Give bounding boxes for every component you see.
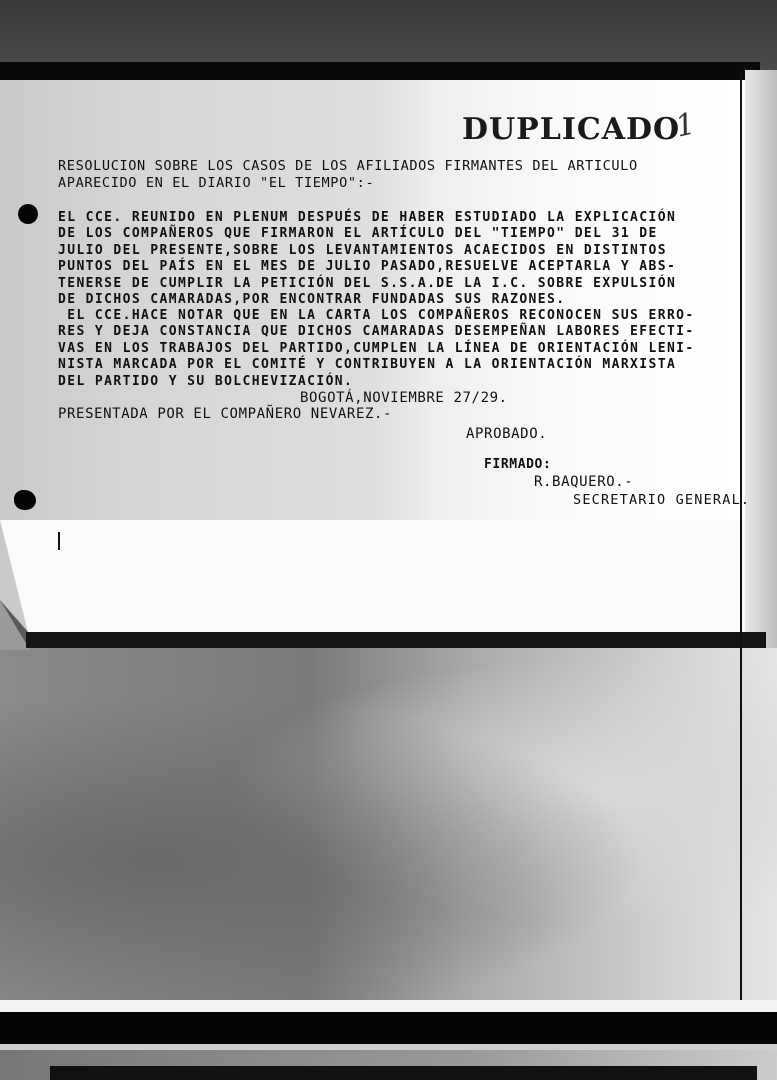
paragraph-1: EL CCE. REUNIDO EN PLENUM DESPUÉS DE HAB… [58, 210, 676, 308]
signed-label: FIRMADO: [484, 457, 551, 474]
text-line: JULIO DEL PRESENTE,SOBRE LOS LEVANTAMIEN… [58, 243, 676, 259]
resolution-title: RESOLUCION SOBRE LOS CASOS DE LOS AFILIA… [58, 158, 638, 191]
signer-name: R.BAQUERO.- [534, 474, 633, 491]
scan-bottom-bar [50, 1066, 757, 1080]
scan-vertical-line [740, 70, 742, 1080]
text-line: PUNTOS DEL PAÍS EN EL MES DE JULIO PASAD… [58, 259, 676, 275]
sheet-bottom-shadow [26, 632, 766, 648]
text-line: EL CCE.HACE NOTAR QUE EN LA CARTA LOS CO… [58, 308, 695, 324]
title-line: RESOLUCION SOBRE LOS CASOS DE LOS AFILIA… [58, 158, 638, 175]
approved-label: APROBADO. [466, 426, 547, 443]
title-line: APARECIDO EN EL DIARIO "EL TIEMPO":- [58, 175, 638, 192]
scan-top-shadow [0, 62, 760, 80]
duplicado-stamp: DUPLICADO [462, 112, 680, 147]
paragraph-2: EL CCE.HACE NOTAR QUE EN LA CARTA LOS CO… [58, 308, 695, 390]
scan-lower-background [0, 648, 777, 1003]
presented-by: PRESENTADA POR EL COMPAÑERO NEVAREZ.- [58, 406, 392, 423]
scan-bottom-black-band [0, 1012, 777, 1044]
punch-hole-icon [14, 490, 36, 510]
text-line: DE LOS COMPAÑEROS QUE FIRMARON EL ARTÍCU… [58, 226, 676, 242]
text-line: DE DICHOS CAMARADAS,POR ENCONTRAR FUNDAD… [58, 292, 676, 308]
ink-mark [58, 532, 60, 550]
text-line: DEL PARTIDO Y SU BOLCHEVIZACIÓN. [58, 374, 695, 390]
text-line: TENERSE DE CUMPLIR LA PETICIÓN DEL S.S.A… [58, 276, 676, 292]
text-line: EL CCE. REUNIDO EN PLENUM DESPUÉS DE HAB… [58, 210, 676, 226]
document-sheet-lower [0, 520, 745, 632]
text-line: VAS EN LOS TRABAJOS DEL PARTIDO,CUMPLEN … [58, 341, 695, 357]
text-line: NISTA MARCADA POR EL COMITÉ Y CONTRIBUYE… [58, 357, 695, 373]
text-line: RES Y DEJA CONSTANCIA QUE DICHOS CAMARAD… [58, 324, 695, 340]
punch-hole-icon [18, 204, 38, 224]
scan-top-background [0, 0, 777, 70]
signer-title: SECRETARIO GENERAL. [573, 492, 750, 509]
date-line: BOGOTÁ,NOVIEMBRE 27/29. [300, 390, 508, 407]
